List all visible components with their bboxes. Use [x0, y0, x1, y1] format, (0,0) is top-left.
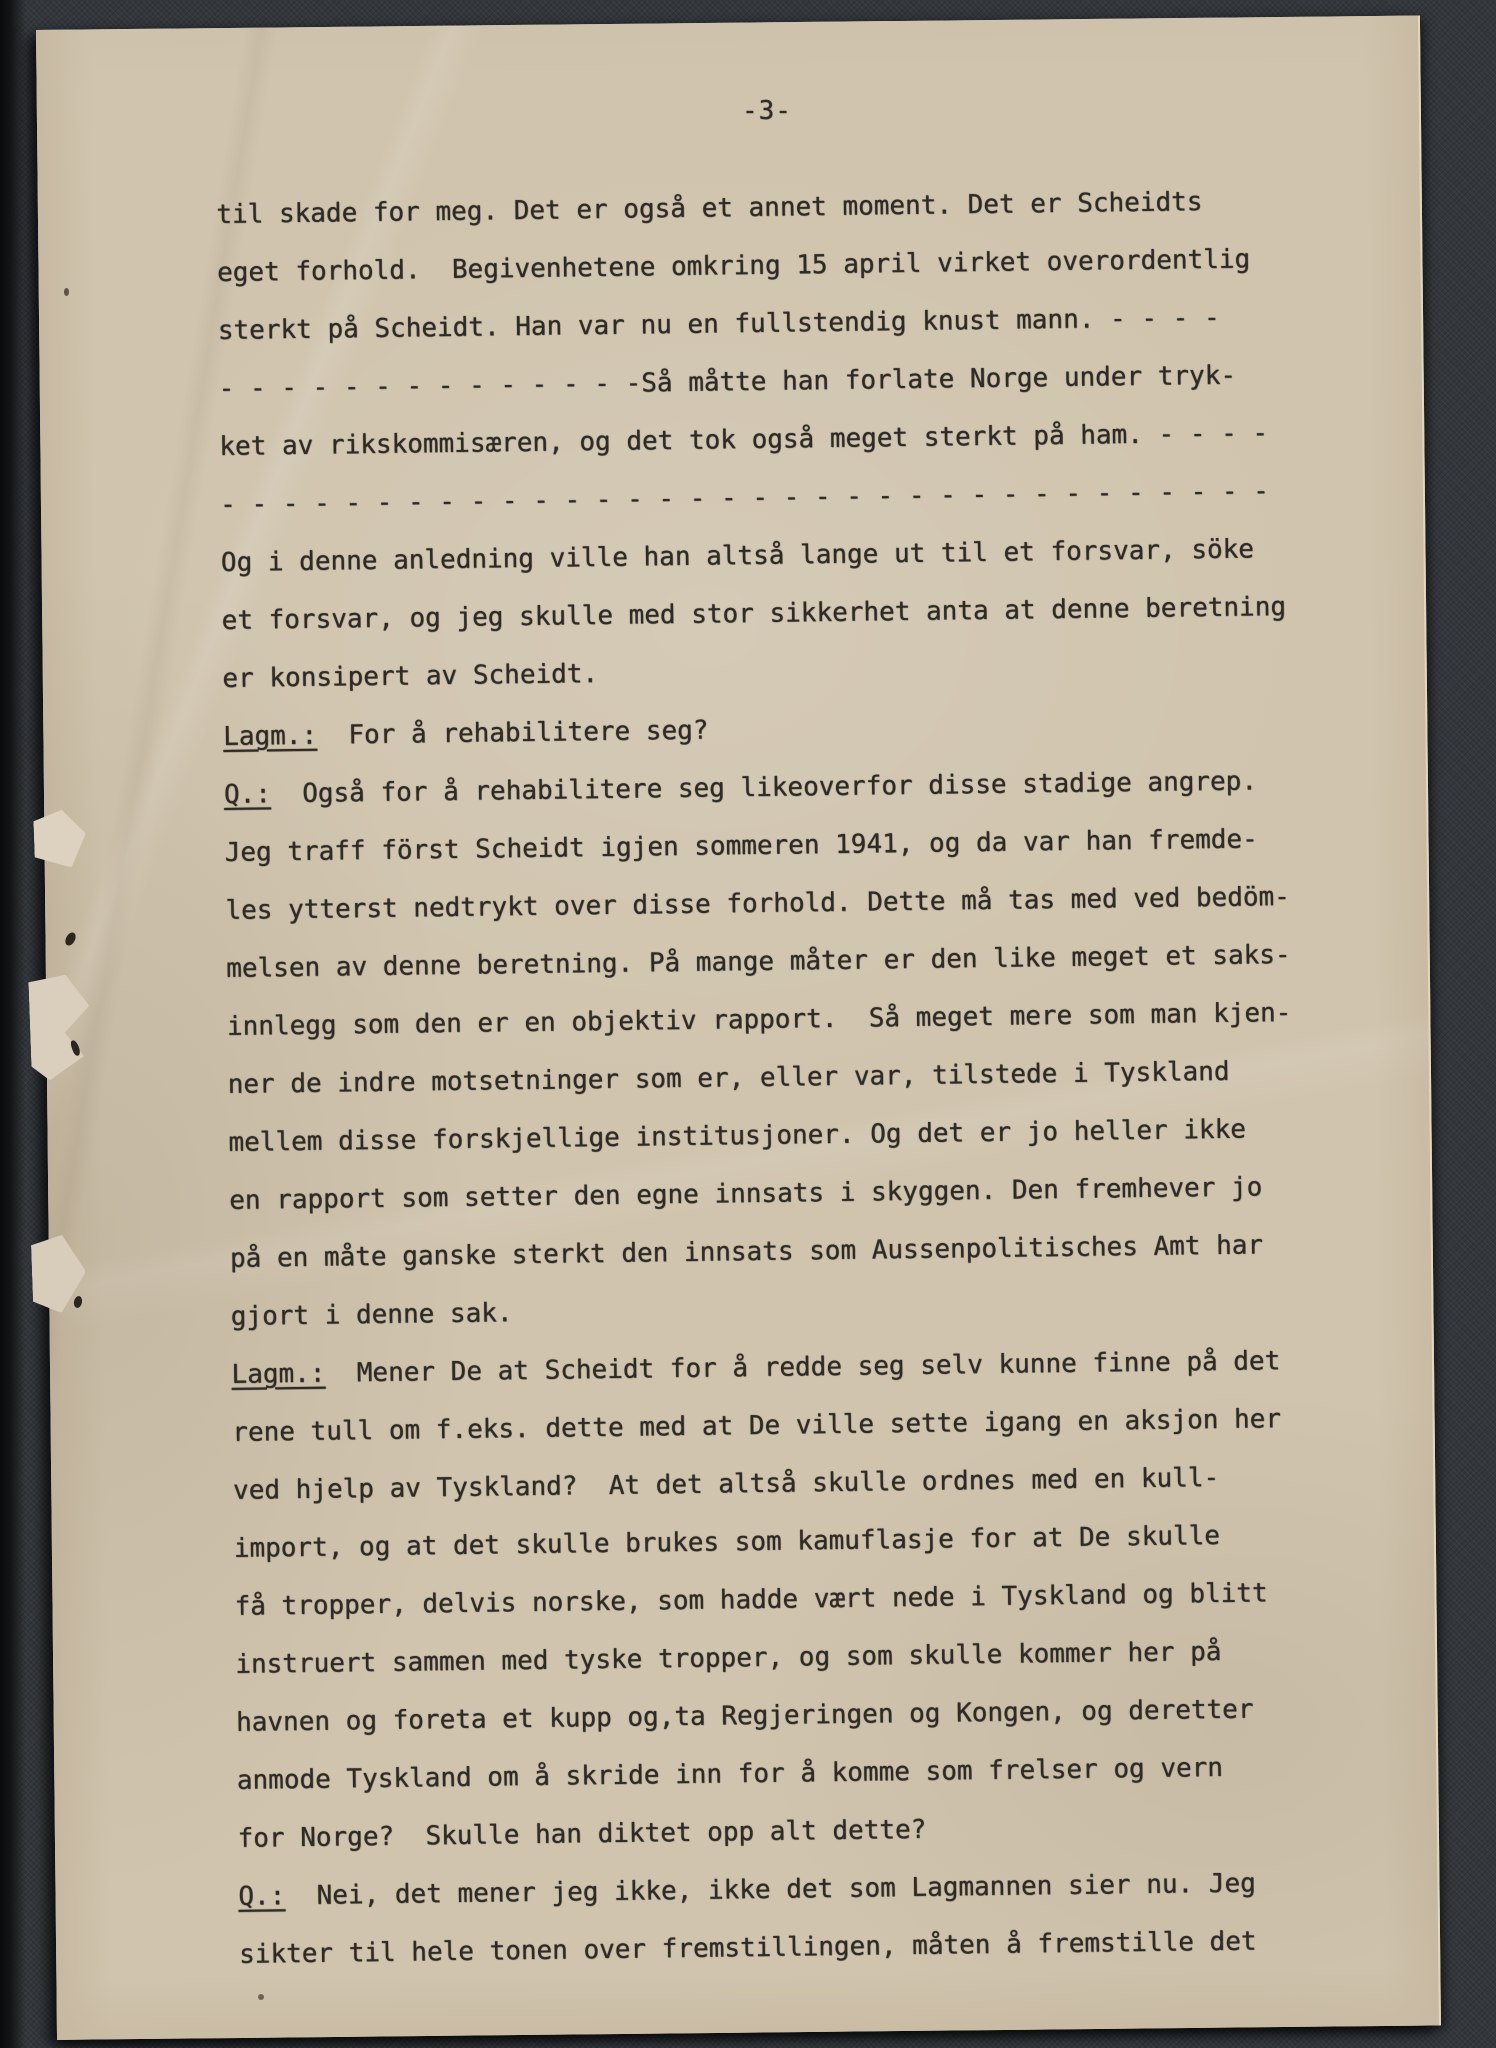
ink-speck [258, 1994, 264, 2000]
speaker-label: Lagm.: [231, 1359, 325, 1390]
typewritten-text-block: til skade for meg. Det er også et annet … [216, 171, 1379, 1984]
document-scan: -3- til skade for meg. Det er også et an… [0, 0, 1496, 2048]
speaker-label: Q.: [224, 779, 271, 810]
speaker-label: Lagm.: [223, 721, 317, 752]
page-number: -3- [742, 96, 792, 126]
ink-speck [64, 288, 69, 296]
binder-edge-shadow [0, 0, 26, 2048]
speaker-label: Q.: [238, 1881, 285, 1912]
